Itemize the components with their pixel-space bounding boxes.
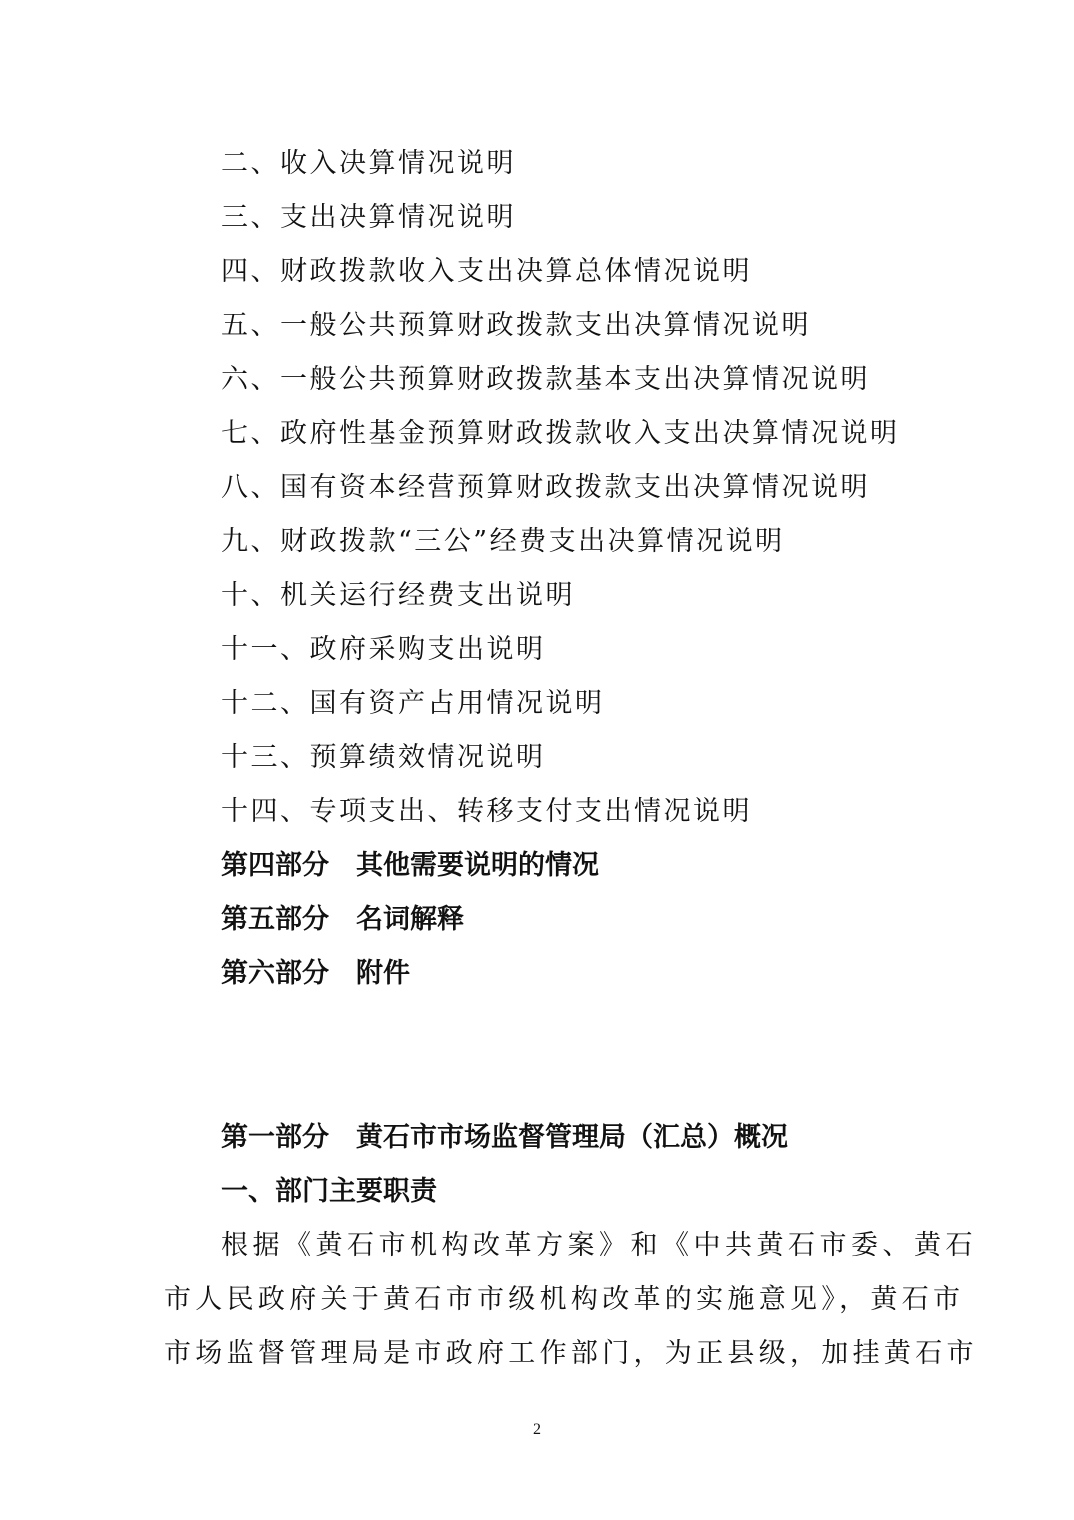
paragraph-line: 市人民政府关于黄石市市级机构改革的实施意见》，黄石市	[164, 1282, 964, 1318]
toc-part-title: 附件	[356, 958, 410, 989]
toc-item: 九、财政拨款“三公”经费支出决算情况说明	[221, 524, 785, 560]
document-page: 二、收入决算情况说明 三、支出决算情况说明 四、财政拨款收入支出决算总体情况说明…	[0, 0, 1074, 1520]
toc-part-title: 名词解释	[356, 904, 464, 935]
toc-item: 五、一般公共预算财政拨款支出决算情况说明	[221, 308, 811, 344]
toc-item: 四、财政拨款收入支出决算总体情况说明	[221, 254, 752, 290]
toc-part-label: 第四部分	[221, 850, 329, 881]
toc-item: 十四、专项支出、转移支付支出情况说明	[221, 794, 752, 830]
section-heading: 一、部门主要职责	[221, 1174, 437, 1210]
toc-part-label: 第五部分	[221, 904, 329, 935]
part-heading-title: 黄石市市场监督管理局（汇总）概况	[356, 1122, 788, 1153]
toc-part: 第六部分附件	[221, 956, 410, 992]
toc-item: 十三、预算绩效情况说明	[221, 740, 546, 776]
toc-item: 十一、政府采购支出说明	[221, 632, 546, 668]
toc-item: 十、机关运行经费支出说明	[221, 578, 575, 614]
part-heading-label: 第一部分	[221, 1122, 329, 1153]
toc-part-title: 其他需要说明的情况	[356, 850, 599, 881]
toc-item: 八、国有资本经营预算财政拨款支出决算情况说明	[221, 470, 870, 506]
toc-item: 十二、国有资产占用情况说明	[221, 686, 605, 722]
toc-item: 六、一般公共预算财政拨款基本支出决算情况说明	[221, 362, 870, 398]
page-number: 2	[0, 1420, 1074, 1440]
part-heading: 第一部分黄石市市场监督管理局（汇总）概况	[221, 1120, 788, 1156]
toc-part: 第四部分其他需要说明的情况	[221, 848, 599, 884]
toc-item: 二、收入决算情况说明	[221, 146, 516, 182]
toc-item: 三、支出决算情况说明	[221, 200, 516, 236]
paragraph-line: 市场监督管理局是市政府工作部门，为正县级，加挂黄石市	[164, 1336, 978, 1372]
toc-item: 七、政府性基金预算财政拨款收入支出决算情况说明	[221, 416, 900, 452]
paragraph-line: 根据《黄石市机构改革方案》和《中共黄石市委、黄石	[221, 1228, 977, 1264]
toc-part: 第五部分名词解释	[221, 902, 464, 938]
toc-part-label: 第六部分	[221, 958, 329, 989]
